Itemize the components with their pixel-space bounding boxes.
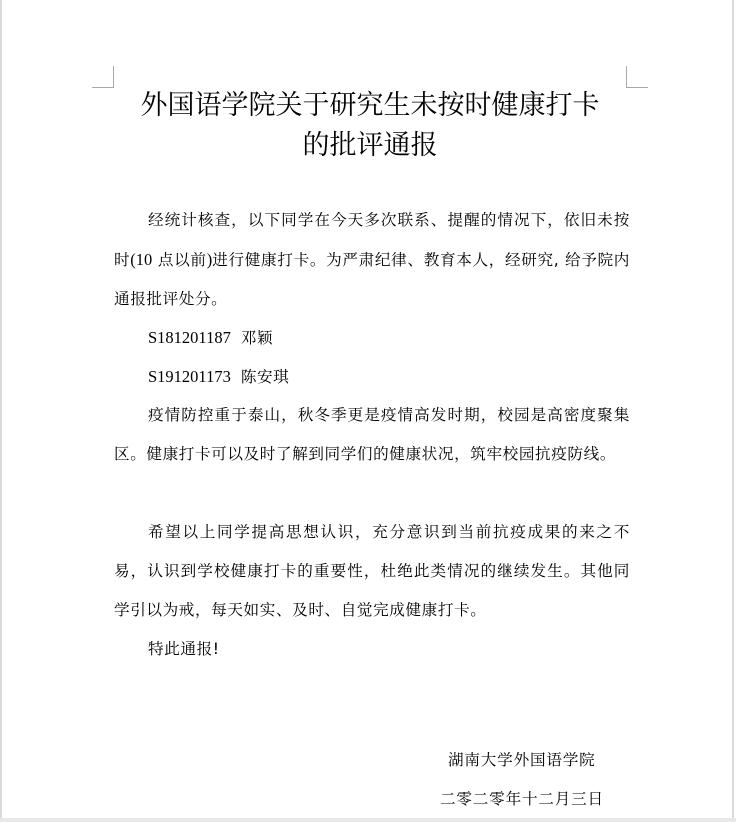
paragraph-intro-deadline-open: (10 xyxy=(130,250,152,269)
document-title-line-2: 的批评通报 xyxy=(102,126,638,166)
page-bottom-edge xyxy=(0,818,736,822)
student-id: S191201173 xyxy=(148,367,231,386)
paragraph-intro: 经统计核查，以下同学在今天多次联系、提醒的情况下，依旧未按时(10 点以前)进行… xyxy=(114,201,630,319)
student-entry: S181201187邓颖 xyxy=(114,318,630,358)
paragraph-intro-deadline-text: 点以前 xyxy=(152,251,206,269)
margin-corner-mark-top-right xyxy=(626,66,648,88)
paragraph-epidemic-control: 疫情防控重于泰山，秋冬季更是疫情高发时期，校园是高密度聚集区。健康打卡可以及时了… xyxy=(114,396,630,474)
student-name: 邓颖 xyxy=(241,329,273,347)
signature-organization: 湖南大学外国语学院 xyxy=(448,750,596,770)
margin-corner-mark-top-left xyxy=(92,66,114,88)
student-entry: S191201173陈安琪 xyxy=(114,357,630,397)
paragraph-closing: 特此通报! xyxy=(114,630,630,669)
student-id: S181201187 xyxy=(148,328,231,347)
student-name: 陈安琪 xyxy=(241,368,290,386)
signature-date: 二零二零年十二月三日 xyxy=(440,789,604,809)
paragraph-expectation: 希望以上同学提高思想认识，充分意识到当前抗疫成果的来之不易，认识到学校健康打卡的… xyxy=(114,513,630,630)
document-title-line-1: 外国语学院关于研究生未按时健康打卡 xyxy=(102,86,638,126)
document-page: 外国语学院关于研究生未按时健康打卡 的批评通报 经统计核查，以下同学在今天多次联… xyxy=(0,0,734,818)
